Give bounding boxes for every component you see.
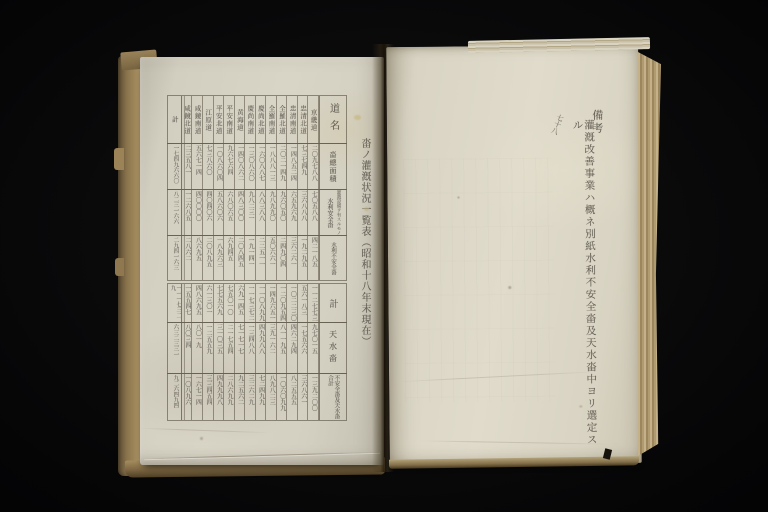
value-cell: 一九一四一 <box>245 236 256 280</box>
cell-value: 一〇八九六 <box>183 375 189 405</box>
value-cell: 二九四一六三 <box>168 236 182 280</box>
value-cell: 六三二三三一 <box>168 323 182 373</box>
cell-value: 一一二七七三 <box>310 285 316 321</box>
cell-value: 四〇〇〇〇 <box>194 191 200 221</box>
cell-value: 二九四一六三 <box>172 237 178 270</box>
value-cell: 五六七一四 <box>192 144 203 189</box>
cell-value: 六九四五 <box>226 237 232 261</box>
cell-value: 一八八八一三 <box>268 145 274 181</box>
right-page-stack-edges <box>638 52 661 456</box>
value-cell: 二八六二 <box>182 236 193 280</box>
photo-of-ledger: 畓ノ灌漑状況一覧表（昭和十八年末現在） 計咸鏡北道咸鏡南道江原道平安北道平安南道… <box>0 0 768 512</box>
value-cell: 七一七一七 <box>235 323 246 373</box>
cell-value: 二〇二一四九 <box>278 145 284 181</box>
value-cell: 一一七三七二 <box>245 284 256 322</box>
foxing-spot <box>364 207 369 211</box>
province-name-cell: 黄海道 <box>235 96 246 143</box>
value-cell: 一七四九六六〇 <box>168 144 182 189</box>
province-name-cell: 慶尚南道 <box>245 96 256 143</box>
cell-value: 九六七六四 <box>226 145 232 175</box>
value-cell: 二二五一一 <box>256 236 267 280</box>
table-band-unsafe-irrigated: 二九四一六三二八六二八六九五二〇八九五一八九六三六九四五二〇八四五一九一四一二二… <box>167 235 347 281</box>
value-cell: 六一三〇一 <box>203 284 214 322</box>
cell-value: 一一一七三二九 <box>169 285 181 322</box>
value-row: 二九四一六三二八六二八六九五二〇八九五一八九六三六九四五二〇八四五一九一四一二二… <box>168 236 319 280</box>
cell-value: 一一七三七二 <box>247 285 253 321</box>
row-header-unsafe-irrigated: 水利不安全畓 <box>319 236 346 280</box>
row-header-label: 水利安全畓 <box>325 198 334 228</box>
cell-value: 三六二六一 <box>289 237 295 267</box>
remarks-text: 灌漑改善事業ハ概ネ別紙水利不安全畓及天水畓中ヨリ選定スル <box>571 119 597 455</box>
cell-value: 二四九〇四 <box>278 237 284 267</box>
value-cell: 四九九八八 <box>256 323 267 373</box>
value-cell: 一〇六〇九九 <box>277 374 288 420</box>
value-cell: 一六七一四 <box>192 374 203 420</box>
value-cell: 六九一四五 <box>235 284 246 322</box>
province-name-cell: 全羅北道 <box>277 96 288 143</box>
value-cell: 九八二三一 <box>245 190 256 235</box>
cell-value: 一六七一四 <box>194 375 200 405</box>
value-cell: 四二一八五 <box>308 236 319 280</box>
show-through-ghost <box>403 158 555 403</box>
value-cell: 八八三八八 <box>256 190 267 235</box>
value-cell: 一四九六五一 <box>266 284 277 322</box>
value-cell: 八一一九五 <box>277 323 288 373</box>
value-cell: 一五五四七 <box>182 284 193 322</box>
cell-value: 八九八二三 <box>268 375 274 405</box>
cell-value: 七〇五八八 <box>310 191 316 221</box>
value-cell: 二〇八九五 <box>203 236 214 280</box>
value-cell: 三三四五四 <box>203 374 214 420</box>
left-page: 畓ノ灌漑状況一覧表（昭和十八年末現在） 計咸鏡北道咸鏡南道江原道平安北道平安南道… <box>140 57 384 465</box>
foxing-spot <box>508 286 511 289</box>
table-title: 畓ノ灌漑状況一覧表（昭和十八年末現在） <box>347 138 369 362</box>
binding-tape-tab <box>115 258 124 276</box>
row-header-label: 計 <box>327 299 340 308</box>
foxing-spot <box>457 196 459 198</box>
cell-value: 一〇二二三〇 <box>289 285 295 321</box>
value-cell: 九六七六四 <box>224 144 235 189</box>
cell-value: 一三〇八六〇 <box>247 145 253 181</box>
cell-value: 三六八六一 <box>300 375 306 405</box>
value-cell: 八九八二三 <box>266 374 277 420</box>
row-header-label: 畓總面積 <box>328 151 338 183</box>
cell-value: 六五九六九 <box>289 191 295 221</box>
value-cell: 三二六二九 <box>245 374 256 420</box>
value-cell: 二一七五四 <box>224 323 235 373</box>
cell-value: 五六一八三 <box>300 285 306 315</box>
province-name-cell: 平安南道 <box>224 96 235 143</box>
value-cell: 五八六〇六 <box>214 190 225 235</box>
value-cell: 七三八六〇 <box>203 144 214 189</box>
cell-value: 二〇八九五 <box>205 237 211 267</box>
row-header-label: 不安全畓及天水畓合計 <box>327 375 340 419</box>
value-cell: 九八九九〇 <box>266 190 277 235</box>
cell-value: 四〇四〇六 <box>205 191 211 221</box>
value-cell: 四〇〇〇〇 <box>192 190 203 235</box>
value-cell: 一二五五九 <box>203 323 214 373</box>
cell-value: 四二一八五 <box>310 237 316 267</box>
value-cell: 五六一八三 <box>298 284 309 322</box>
value-cell: 一〇八九六 <box>182 374 193 420</box>
value-cell: 一四八五二四 <box>287 144 298 189</box>
value-row: 八二三一六六一二六八五四〇〇〇〇四〇四〇六五八六〇六六八〇六五四八三〇〇九八二三… <box>168 190 319 235</box>
cell-value: 四八三〇〇 <box>236 191 242 221</box>
cell-value: 七七五六九 <box>215 285 221 315</box>
value-cell: 七五〇一〇 <box>224 284 235 322</box>
cell-value: 八一一九五 <box>278 324 284 354</box>
value-row: 一一一七三二九一五五四七四八六九五六一三〇一七七五六九七五〇一〇六九一四五一一七… <box>168 284 319 322</box>
cell-value: 七三七四九 <box>300 145 306 175</box>
cell-value: 七一七一七 <box>236 324 242 354</box>
value-cell: 一三九二〇〇 <box>308 374 319 420</box>
page-crease <box>140 428 270 434</box>
cell-value: 三六八八八 <box>300 191 306 221</box>
cell-value: 一八九六三 <box>215 237 221 267</box>
row-header-grand-total: 不安全畓及天水畓合計 <box>319 374 346 420</box>
corner-header: 道名 <box>319 96 346 143</box>
value-cell: 二四九〇四 <box>277 236 288 280</box>
value-cell: 四八六九五 <box>192 284 203 322</box>
value-cell: 四六二九四 <box>287 323 298 373</box>
page-number-note: 七十八 <box>546 113 566 145</box>
value-cell: 一一二七七三 <box>308 284 319 322</box>
value-cell: 三六八八八 <box>298 190 309 235</box>
value-cell: 八〇三四 <box>182 323 193 373</box>
value-cell: 一一〇八九九 <box>256 284 267 322</box>
foxing-spot <box>200 437 203 440</box>
table-band-provinces: 計咸鏡北道咸鏡南道江原道平安北道平安南道黄海道慶尚南道慶尚北道全羅南道全羅北道忠… <box>167 95 347 144</box>
irrigation-table: 計咸鏡北道咸鏡南道江原道平安北道平安南道黄海道慶尚南道慶尚北道全羅南道全羅北道忠… <box>167 96 347 421</box>
cell-value: 一三九二〇〇 <box>310 375 316 411</box>
value-cell: 一九二九五 <box>298 236 309 280</box>
row-header-label: 天水畓 <box>328 330 339 366</box>
cell-value: 八二五五五 <box>289 375 295 405</box>
value-cell: 二八六九九 <box>224 374 235 420</box>
cell-value: 一〇六〇九九 <box>278 375 284 411</box>
table-band-grand-total: 九二六四九四一〇八九六一六七一四三三四五四四九九九八二八六九九九二五六二三二六二… <box>167 373 347 421</box>
row-header-safe-irrigated: 水利安全畓 灌漑設備ヲ有スルモノ <box>319 190 346 235</box>
cell-value: 一六〇八八七 <box>257 145 263 181</box>
value-cell: 六九四五 <box>224 236 235 280</box>
value-cell: 八六九五 <box>192 236 203 280</box>
cell-value: 四九九八八 <box>257 324 263 354</box>
value-cell: 一一一七三二九 <box>168 284 182 322</box>
cell-value: 二〇九七八八 <box>310 145 316 181</box>
value-cell: 五〇六六一 <box>266 236 277 280</box>
cell-value: 一三四八八 <box>247 324 253 354</box>
value-cell: 一八八八一三 <box>266 144 277 189</box>
province-name: 平安北道 <box>215 105 222 135</box>
binding-tape-tab <box>114 148 124 170</box>
value-cell: 九六〇五〇 <box>277 190 288 235</box>
cell-value: 一四九六五一 <box>268 285 274 321</box>
cell-value: 八〇三四 <box>183 324 189 348</box>
province-name: 全羅北道 <box>278 105 285 135</box>
province-name-cell: 咸鏡北道 <box>182 96 193 143</box>
cell-value: 一七五六六 <box>300 324 306 354</box>
cell-value: 八二三一六六 <box>172 191 178 224</box>
value-cell: 六八〇六五 <box>224 190 235 235</box>
foxing-spot <box>354 115 361 120</box>
value-cell: 一〇二二三〇 <box>287 284 298 322</box>
value-cell: 九二六四九四 <box>168 374 182 420</box>
value-cell: 九二五六二 <box>235 374 246 420</box>
value-cell: 一〇八六〇四 <box>214 144 225 189</box>
province-name: 全羅南道 <box>268 105 275 135</box>
value-cell: 二〇九七八八 <box>308 144 319 189</box>
cell-value: 一五五四七 <box>183 285 189 315</box>
cell-value: 一九二九五 <box>300 237 306 267</box>
cell-value: 八六九五 <box>194 237 200 261</box>
cell-value: 二二五一一 <box>257 237 263 267</box>
cell-value: 七五〇一〇 <box>226 285 232 315</box>
province-name-cell: 計 <box>168 96 182 143</box>
cell-value: 三九一六二 <box>268 324 274 354</box>
value-cell: 一六〇八八七 <box>256 144 267 189</box>
cell-value: 九六〇五〇 <box>278 191 284 221</box>
cell-value: 九八二三一 <box>247 191 253 221</box>
cell-value: 三二六二九 <box>247 375 253 405</box>
province-name: 京畿道 <box>310 109 317 132</box>
value-cell: 二〇二一四九 <box>277 144 288 189</box>
corner-header-label: 道名 <box>326 103 341 137</box>
cell-value: 一九一四一 <box>247 237 253 267</box>
value-cell: 四〇四〇六 <box>203 190 214 235</box>
cell-value: 六九一四五 <box>236 285 242 315</box>
cell-value: 八八三八八 <box>257 191 263 221</box>
province-name: 江原道 <box>204 109 211 132</box>
cell-value: 六八〇六五 <box>226 191 232 221</box>
province-name-cell: 忠清北道 <box>298 96 309 143</box>
value-cell: 一三〇八六〇 <box>245 144 256 189</box>
cell-value: 四九九九八 <box>215 375 221 405</box>
row-header-rainfed: 天水畓 <box>319 323 346 373</box>
table-band-rainfed: 六三二三三一八〇三四八〇一九一二五五九三一〇三五二一七五四七一七一七一三四八八四… <box>167 322 347 374</box>
cell-value: 三三四五四 <box>205 375 211 405</box>
province-name: 咸鏡南道 <box>194 105 201 135</box>
cell-value: 四六二九四 <box>289 324 295 354</box>
cell-value: 六三二三三一 <box>172 324 178 357</box>
cell-value: 五六七一四 <box>194 145 200 175</box>
cell-value: 七三八六〇 <box>205 145 211 175</box>
table-band-total-area: 一七四九六六〇二三五八一五六七一四七三八六〇一〇八六〇四九六七六四一四〇八六二一… <box>167 143 347 190</box>
cell-value: 一一〇八九九 <box>257 285 263 321</box>
cell-value: 八〇一九 <box>194 324 200 348</box>
cell-value: 九八九九〇 <box>268 191 274 221</box>
row-header-total-area: 畓總面積 <box>319 144 346 189</box>
value-cell: 二三五八一 <box>182 144 193 189</box>
value-row: 九二六四九四一〇八九六一六七一四三三四五四四九九九八二八六九九九二五六二三二六二… <box>168 374 319 420</box>
value-cell: 一四〇八六二 <box>235 144 246 189</box>
cell-value: 二〇八四五 <box>236 237 242 267</box>
province-name-cell: 京畿道 <box>308 96 319 143</box>
province-name: 慶尚北道 <box>257 105 264 135</box>
value-cell: 八〇一九 <box>192 323 203 373</box>
province-name: 計 <box>171 116 178 124</box>
cell-value: 四八六九五 <box>194 285 200 315</box>
value-cell: 四八三〇〇 <box>235 190 246 235</box>
province-name: 忠清南道 <box>289 105 296 135</box>
cell-value: 二八六九九 <box>226 375 232 405</box>
province-name-cell: 江原道 <box>203 96 214 143</box>
value-cell: 一三四八八 <box>245 323 256 373</box>
cell-value: 一四八五二四 <box>289 145 295 181</box>
cell-value: 五〇六六一 <box>268 237 274 267</box>
value-cell: 四九九九八 <box>214 374 225 420</box>
value-cell: 七〇五八八 <box>308 190 319 235</box>
row-header-note: 灌漑設備ヲ有スルモノ <box>335 190 341 235</box>
province-name: 慶尚南道 <box>247 105 254 135</box>
foxing-spot <box>579 405 582 407</box>
value-cell: 三九一六二 <box>266 323 277 373</box>
province-name: 黄海道 <box>236 109 243 132</box>
cell-value: 五八六〇六 <box>215 191 221 221</box>
cell-value: 六一三〇一 <box>205 285 211 315</box>
cell-value: 九二六四九四 <box>172 375 178 408</box>
value-cell: 一八九六三 <box>214 236 225 280</box>
cell-value: 一〇八六〇四 <box>215 145 221 181</box>
cell-value: 二八六二 <box>183 237 189 261</box>
value-cell: 一七五六六 <box>298 323 309 373</box>
cell-value: 一四〇八六二 <box>236 145 242 181</box>
page-crease <box>144 452 380 460</box>
cell-value: 二一七五四 <box>226 324 232 354</box>
cell-value: 一二〇九五四 <box>278 285 284 321</box>
value-row: 六三二三三一八〇三四八〇一九一二五五九三一〇三五二一七五四七一七一七一三四八八四… <box>168 323 319 373</box>
province-name: 忠清北道 <box>299 105 306 135</box>
value-cell: 三六二六一 <box>287 236 298 280</box>
row-header-subtotal: 計 <box>319 284 346 322</box>
value-cell: 二〇八四五 <box>235 236 246 280</box>
cell-value: 三一〇三五 <box>215 324 221 354</box>
value-cell: 三六八六一 <box>298 374 309 420</box>
province-row: 計咸鏡北道咸鏡南道江原道平安北道平安南道黄海道慶尚南道慶尚北道全羅南道全羅北道忠… <box>168 96 319 143</box>
cell-value: 一二五五九 <box>205 324 211 354</box>
value-cell: 八二三一六六 <box>168 190 182 235</box>
province-name: 平安南道 <box>225 105 232 135</box>
value-cell: 八二五五五 <box>287 374 298 420</box>
cell-value: 九二五六二 <box>236 375 242 405</box>
value-cell: 一二〇九五四 <box>277 284 288 322</box>
cell-value: 九七〇一五 <box>310 324 316 354</box>
province-name-cell: 慶尚北道 <box>256 96 267 143</box>
right-page: 備考 灌漑改善事業ハ概ネ別紙水利不安全畓及天水畓中ヨリ選定スル 七十八 <box>386 45 642 465</box>
value-cell: 九七〇一五 <box>308 323 319 373</box>
value-cell: 六五九六九 <box>287 190 298 235</box>
table-band-safe-irrigated: 八二三一六六一二六八五四〇〇〇〇四〇四〇六五八六〇六六八〇六五四八三〇〇九八二三… <box>167 189 347 236</box>
cell-value: 二三五八一 <box>183 145 189 175</box>
table-band-subtotal: 一一一七三二九一五五四七四八六九五六一三〇一七七五六九七五〇一〇六九一四五一一七… <box>167 283 347 323</box>
value-cell: 一二六八五 <box>182 190 193 235</box>
cell-value: 一七四九六六〇 <box>172 145 178 184</box>
province-name-cell: 全羅南道 <box>266 96 277 143</box>
row-header-label: 水利不安全畓 <box>329 242 337 275</box>
province-name-cell: 咸鏡南道 <box>192 96 203 143</box>
value-row: 一七四九六六〇二三五八一五六七一四七三八六〇一〇八六〇四九六七六四一四〇八六二一… <box>168 144 319 189</box>
cell-value: 七二四九九 <box>257 375 263 405</box>
province-name-cell: 忠清南道 <box>287 96 298 143</box>
cell-value: 一二六八五 <box>183 191 189 221</box>
value-cell: 七三七四九 <box>298 144 309 189</box>
value-cell: 七七五六九 <box>214 284 225 322</box>
province-name: 咸鏡北道 <box>183 105 190 135</box>
province-name-cell: 平安北道 <box>214 96 225 143</box>
value-cell: 三一〇三五 <box>214 323 225 373</box>
value-cell: 七二四九九 <box>256 374 267 420</box>
